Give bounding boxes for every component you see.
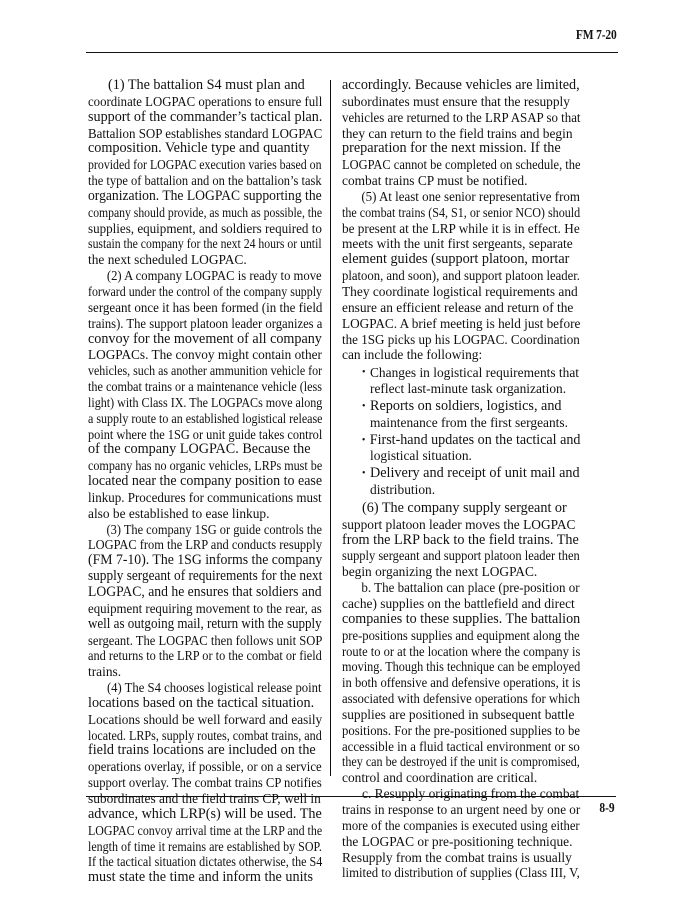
left-column: (1) The battalion S4 must plan andcoordi… [88,78,322,886]
text-line: the LOGPAC or pre-positioning technique. [342,834,580,850]
text-line: be present at the LRP while it is in eff… [342,221,577,237]
text-line: •Changes in logistical requirements that [342,365,580,381]
text-line: supply sergeant of requirements for the … [88,569,307,585]
text-line: b. The battalion can place (pre-position… [342,580,573,596]
text-line: convoy for the movement of all company [88,332,321,348]
text-line: route to or at the location where the co… [342,644,564,660]
text-line: supplies are positioned in subsequent ba… [342,707,580,723]
text-line: cache) supplies on the battlefield and d… [342,596,580,612]
text-line: control and coordination are critical. [342,770,580,786]
text-line: locations based on the tactical situatio… [88,696,322,712]
text-line: also be established to ease linkup. [88,506,322,522]
text-line: from the LRP back to the field trains. T… [342,533,580,549]
text-line: maintenance from the first sergeants. [342,415,580,431]
text-line: trains. [88,664,322,680]
text-line: sergeant once it has been formed (in the… [88,300,315,316]
text-line: linkup. Procedures for communications mu… [88,490,315,506]
bullet-item: •Changes in logistical requirements that… [342,365,580,397]
text-line: subordinates and the field trains CP, we… [88,791,322,807]
text-line: (2) A company LOGPAC is ready to move [88,268,309,284]
text-line: trains). The support platoon leader orga… [88,316,309,332]
bullet-item: •Reports on soldiers, logistics, andmain… [342,399,580,431]
text-line: company should provide, as much as possi… [88,205,292,221]
text-line: point where the 1SG or unit guide takes … [88,427,304,443]
text-line: field trains locations are included on t… [88,743,322,759]
text-line: meets with the unit first sergeants, sep… [342,236,580,252]
text-line: If the tactical situation dictates other… [88,854,299,870]
text-line: the type of battalion and on the battali… [88,173,306,189]
text-line: located. LRPs, supply routes, combat tra… [88,728,299,744]
bullet-icon: • [362,433,370,449]
text-line: positions. For the pre-positioned suppli… [342,723,568,739]
text-line: Resupply from the combat trains is usual… [342,850,580,866]
text-line: LOGPACs. The convoy might contain other [88,347,320,363]
text-line: platoon, and soon), and support platoon … [342,268,568,284]
text-line: accessible in a fluid tactical environme… [342,739,570,755]
text-line: distribution. [342,482,580,498]
text-line: combat trains CP must be notified. [342,173,580,189]
text-line: support overlay. The combat trains CP no… [88,775,308,791]
bullet-item: •First-hand updates on the tactical andl… [342,433,580,465]
text-line: LOGPAC. A brief meeting is held just bef… [342,316,577,332]
text-line: (4) The S4 chooses logistical release po… [88,680,310,696]
footer-rule [86,796,616,797]
text-line: operations overlay, if possible, or on a… [88,759,311,775]
text-line: subordinates must ensure that the resupp… [342,94,580,110]
text-line: more of the companies is executed using … [342,818,567,834]
text-line: support of the commander’s tactical plan… [88,110,321,126]
text-line: of the company LOGPAC. Because the [88,442,322,458]
text-line: pre-positions supplies and equipment alo… [342,628,566,644]
document-id: FM 7-20 [576,28,617,44]
text-line: accordingly. Because vehicles are limite… [342,78,579,94]
text-line: supply sergeant and support platoon lead… [342,548,563,564]
text-line: begin organizing the next LOGPAC. [342,564,580,580]
header-rule [86,52,618,53]
page-number: 8-9 [600,801,615,817]
text-line: in both offensive and defensive operatio… [342,675,566,691]
text-line: •First-hand updates on the tactical and [342,433,578,449]
text-line: well as outgoing mail, return with the s… [88,617,303,633]
text-line: reflect last-minute task organization. [342,381,580,397]
text-line: sustain the company for the next 24 hour… [88,236,293,252]
text-line: c. Resupply originating from the combat [342,786,580,802]
text-line: a supply route to an established logisti… [88,411,298,427]
text-line: the combat trains or a maintenance vehic… [88,379,301,395]
bullet-text: Reports on soldiers, logistics, and [370,398,562,414]
column-divider [330,80,331,776]
text-line: •Reports on soldiers, logistics, and [342,399,580,415]
text-line: associated with defensive operations for… [342,691,568,707]
text-line: LOGPAC cannot be completed on schedule, … [342,157,563,173]
text-line: LOGPAC, and he ensures that soldiers and [88,585,313,601]
text-line: preparation for the next mission. If the [342,141,580,157]
text-line: forward under the control of the company… [88,284,296,300]
bullet-text: Delivery and receipt of unit mail and [370,465,580,481]
bullet-text: First-hand updates on the tactical and [370,432,581,448]
text-line: (5) At least one senior representative f… [342,189,572,205]
text-line: located near the company position to eas… [88,474,319,490]
text-line: Locations should be well forward and eas… [88,712,319,728]
text-line: element guides (support platoon, mortar [342,252,580,268]
bullet-item: •Delivery and receipt of unit mail anddi… [342,466,580,498]
right-column: accordingly. Because vehicles are limite… [342,78,580,881]
text-line: (6) The company supply sergeant or [342,501,580,517]
bullet-text: Changes in logistical requirements that [370,365,579,380]
text-line: they can be destroyed if the unit is com… [342,754,557,770]
text-line: organization. The LOGPAC supporting the [88,189,312,205]
text-line: they can return to the field trains and … [342,126,580,142]
text-line: (1) The battalion S4 must plan and [88,78,322,94]
text-line: and returns to the LRP or to the combat … [88,648,304,664]
text-line: length of time it remains are establishe… [88,839,298,855]
text-line: supplies, equipment, and soldiers requir… [88,221,316,237]
text-line: provided for LOGPAC execution varies bas… [88,157,295,173]
text-line: moving. Though this technique can be emp… [342,659,559,675]
text-line: light) with Class IX. The LOGPACs move a… [88,395,299,411]
text-line: (3) The company 1SG or guide controls th… [88,522,304,538]
bullet-icon: • [362,365,370,381]
text-line: LOGPAC from the LRP and conducts resuppl… [88,537,305,553]
text-line: coordinate LOGPAC operations to ensure f… [88,94,311,110]
text-line: advance, which LRP(s) will be used. The [88,807,322,823]
text-line: trains in response to an urgent need by … [342,802,575,818]
text-line: must state the time and inform the units [88,870,322,886]
text-line: composition. Vehicle type and quantity [88,141,322,157]
text-line: •Delivery and receipt of unit mail and [342,466,580,482]
text-line: support platoon leader moves the LOGPAC [342,517,580,533]
text-line: logistical situation. [342,448,580,464]
text-line: the next scheduled LOGPAC. [88,252,322,268]
text-line: the 1SG picks up his LOGPAC. Coordinatio… [342,332,574,348]
text-line: the combat trains (S4, S1, or senior NCO… [342,205,557,221]
text-line: (FM 7-10). The 1SG informs the company [88,553,315,569]
text-line: companies to these supplies. The battali… [342,612,578,628]
text-line: sergeant. The LOGPAC then follows unit S… [88,633,308,649]
text-line: ensure an efficient release and return o… [342,300,580,316]
text-line: equipment requiring movement to the rear… [88,601,312,617]
text-line: can include the following: [342,347,580,363]
text-line: They coordinate logistical requirements … [342,284,580,300]
text-line: company has no organic vehicles, LRPs mu… [88,458,299,474]
text-line: LOGPAC convoy arrival time at the LRP an… [88,823,296,839]
text-line: Battalion SOP establishes standard LOGPA… [88,126,314,142]
text-line: limited to distribution of supplies (Cla… [342,865,569,881]
bullet-icon: • [362,466,370,482]
text-line: vehicles, such as another ammunition veh… [88,363,297,379]
bullet-icon: • [362,399,370,415]
text-line: vehicles are returned to the LRP ASAP so… [342,110,571,126]
